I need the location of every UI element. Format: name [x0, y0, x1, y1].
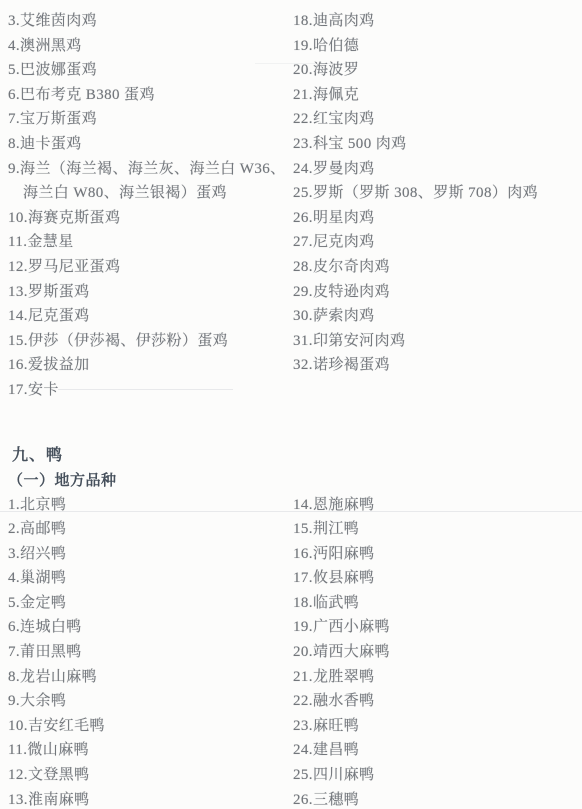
list-item: 19.哈伯德	[293, 34, 582, 59]
list-item: 20.海波罗	[293, 58, 582, 83]
list-item: 7.莆田黑鸭	[8, 640, 293, 665]
list-item: 21.海佩克	[293, 83, 582, 108]
list-item: 22.融水香鸭	[293, 689, 582, 714]
list-item: 11.微山麻鸭	[8, 738, 293, 763]
list-item: 11.金慧星	[8, 230, 293, 255]
list-item: 1.北京鸭	[8, 493, 293, 518]
list-item: 海兰白 W80、海兰银褐）蛋鸡	[8, 181, 293, 206]
list-item: 12.文登黑鸭	[8, 763, 293, 788]
list-item: 30.萨索肉鸡	[293, 304, 582, 329]
list-item: 32.诺珍褐蛋鸡	[293, 353, 582, 378]
list-item: 29.皮特逊肉鸡	[293, 280, 582, 305]
list-item: 24.建昌鸭	[293, 738, 582, 763]
list-item: 28.皮尔奇肉鸡	[293, 255, 582, 280]
list-item: 8.龙岩山麻鸭	[8, 665, 293, 690]
list-item: 18.临武鸭	[293, 591, 582, 616]
list-item: 15.荆江鸭	[293, 517, 582, 542]
list-item: 18.迪高肉鸡	[293, 9, 582, 34]
list-item: 10.海赛克斯蛋鸡	[8, 206, 293, 231]
list-item: 24.罗曼肉鸡	[293, 157, 582, 182]
list-item: 5.金定鸭	[8, 591, 293, 616]
list-item: 4.澳洲黑鸡	[8, 34, 293, 59]
duck-breeds-section: 1.北京鸭2.高邮鸭3.绍兴鸭4.巢湖鸭5.金定鸭6.连城白鸭7.莆田黑鸭8.龙…	[0, 493, 582, 809]
document-page: 3.艾维茵肉鸡4.澳洲黑鸡5.巴波娜蛋鸡6.巴布考克 B380 蛋鸡7.宝万斯蛋…	[0, 0, 582, 809]
list-item: 4.巢湖鸭	[8, 566, 293, 591]
list-item: 13.淮南麻鸭	[8, 788, 293, 809]
list-item: 31.印第安河肉鸡	[293, 329, 582, 354]
list-item: 16.爱拔益加	[8, 353, 293, 378]
list-item: 9.大余鸭	[8, 689, 293, 714]
chicken-list-left-column: 3.艾维茵肉鸡4.澳洲黑鸡5.巴波娜蛋鸡6.巴布考克 B380 蛋鸡7.宝万斯蛋…	[8, 9, 293, 403]
list-item: 27.尼克肉鸡	[293, 230, 582, 255]
list-item: 26.明星肉鸡	[293, 206, 582, 231]
list-item: 20.靖西大麻鸭	[293, 640, 582, 665]
list-item: 17.安卡	[8, 378, 293, 403]
list-item: 2.高邮鸭	[8, 517, 293, 542]
list-item: 5.巴波娜蛋鸡	[8, 58, 293, 83]
list-item: 3.绍兴鸭	[8, 542, 293, 567]
list-item: 22.红宝肉鸡	[293, 107, 582, 132]
list-item: 10.吉安红毛鸭	[8, 714, 293, 739]
list-item: 12.罗马尼亚蛋鸡	[8, 255, 293, 280]
duck-list-right-column: 14.恩施麻鸭15.荆江鸭16.沔阳麻鸭17.攸县麻鸭18.临武鸭19.广西小麻…	[293, 493, 582, 809]
list-item: 23.科宝 500 肉鸡	[293, 132, 582, 157]
list-item: 25.罗斯（罗斯 308、罗斯 708）肉鸡	[293, 181, 582, 206]
section-title-duck: 九、鸭	[12, 445, 582, 467]
list-item: 23.麻旺鸭	[293, 714, 582, 739]
list-item: 14.恩施麻鸭	[293, 493, 582, 518]
list-item: 16.沔阳麻鸭	[293, 542, 582, 567]
list-item: 19.广西小麻鸭	[293, 615, 582, 640]
list-item: 17.攸县麻鸭	[293, 566, 582, 591]
list-item: 6.巴布考克 B380 蛋鸡	[8, 83, 293, 108]
list-item: 14.尼克蛋鸡	[8, 304, 293, 329]
list-item: 6.连城白鸭	[8, 615, 293, 640]
list-item: 3.艾维茵肉鸡	[8, 9, 293, 34]
duck-list-left-column: 1.北京鸭2.高邮鸭3.绍兴鸭4.巢湖鸭5.金定鸭6.连城白鸭7.莆田黑鸭8.龙…	[8, 493, 293, 809]
list-item: 26.三穗鸭	[293, 788, 582, 809]
list-item: 21.龙胜翠鸭	[293, 665, 582, 690]
subsection-title-local-breeds: （一）地方品种	[8, 470, 582, 492]
list-item: 15.伊莎（伊莎褐、伊莎粉）蛋鸡	[8, 329, 293, 354]
list-item: 8.迪卡蛋鸡	[8, 132, 293, 157]
list-item: 9.海兰（海兰褐、海兰灰、海兰白 W36、	[8, 157, 293, 182]
list-item: 13.罗斯蛋鸡	[8, 280, 293, 305]
chicken-breeds-section: 3.艾维茵肉鸡4.澳洲黑鸡5.巴波娜蛋鸡6.巴布考克 B380 蛋鸡7.宝万斯蛋…	[0, 9, 582, 403]
list-item: 7.宝万斯蛋鸡	[8, 107, 293, 132]
chicken-list-right-column: 18.迪高肉鸡19.哈伯德20.海波罗21.海佩克22.红宝肉鸡23.科宝 50…	[293, 9, 582, 403]
list-item: 25.四川麻鸭	[293, 763, 582, 788]
